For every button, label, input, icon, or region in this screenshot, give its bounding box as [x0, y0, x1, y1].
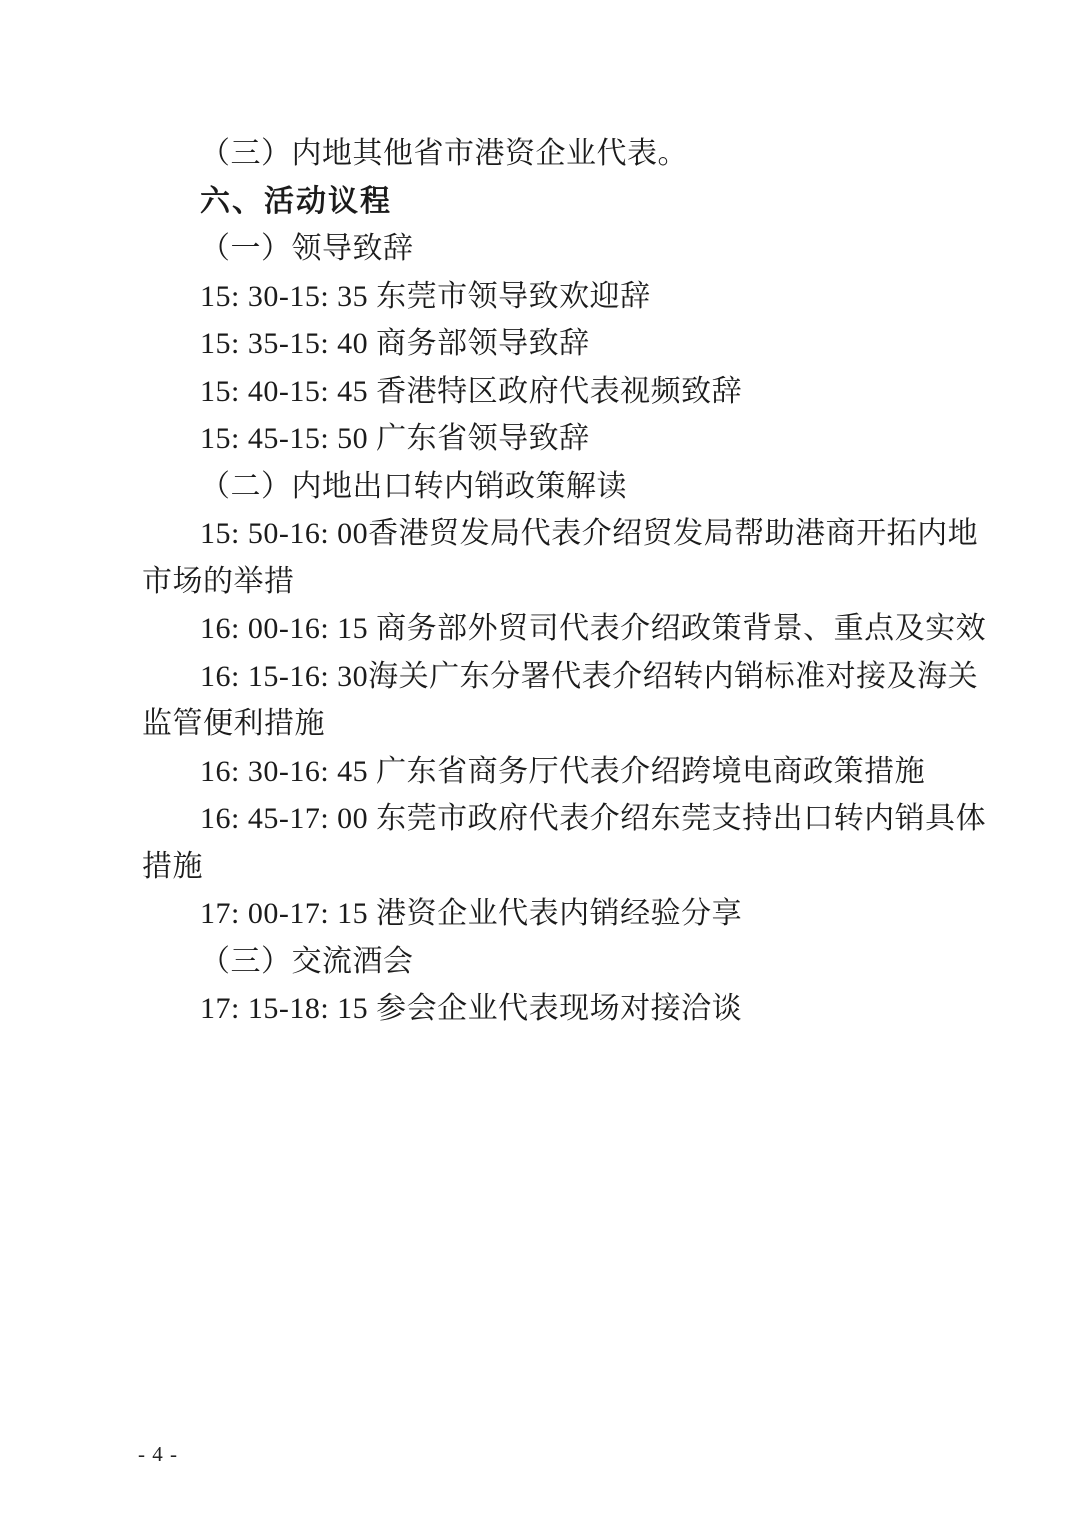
subheading-leader-speeches: （一）领导致辞 — [142, 225, 958, 273]
section-heading-agenda: 六、活动议程 — [142, 178, 958, 226]
agenda-item-foreign-trade-dept: 16: 00-16: 15 商务部外贸司代表介绍政策背景、重点及实效 — [142, 605, 958, 653]
agenda-item-customs-guangdong: 16: 15-16: 30海关广东分署代表介绍转内销标准对接及海关 — [142, 653, 958, 701]
document-page: （三）内地其他省市港资企业代表。 六、活动议程 （一）领导致辞 15: 30-1… — [0, 0, 1080, 1527]
agenda-item-mofcom-speech: 15: 35-15: 40 商务部领导致辞 — [142, 320, 958, 368]
continuation-line-hktdc-intro: 市场的举措 — [142, 558, 958, 606]
document-body: （三）内地其他省市港资企业代表。 六、活动议程 （一）领导致辞 15: 30-1… — [142, 130, 958, 1033]
agenda-item-hk-enterprise-sharing: 17: 00-17: 15 港资企业代表内销经验分享 — [142, 890, 958, 938]
agenda-item-guangdong-commerce-dept: 16: 30-16: 45 广东省商务厅代表介绍跨境电商政策措施 — [142, 748, 958, 796]
agenda-item-dongguan-gov-support: 16: 45-17: 00 东莞市政府代表介绍东莞支持出口转内销具体 — [142, 795, 958, 843]
agenda-item-onsite-matchmaking: 17: 15-18: 15 参会企业代表现场对接洽谈 — [142, 985, 958, 1033]
subheading-networking-reception: （三）交流酒会 — [142, 938, 958, 986]
paragraph-attendee-category-3: （三）内地其他省市港资企业代表。 — [142, 130, 958, 178]
agenda-item-dongguan-welcome: 15: 30-15: 35 东莞市领导致欢迎辞 — [142, 273, 958, 321]
agenda-item-hktdc-intro: 15: 50-16: 00香港贸发局代表介绍贸发局帮助港商开拓内地 — [142, 510, 958, 558]
continuation-line-customs-guangdong: 监管便利措施 — [142, 700, 958, 748]
subheading-policy-interpretation: （二）内地出口转内销政策解读 — [142, 463, 958, 511]
page-number: - 4 - — [138, 1442, 178, 1467]
continuation-line-dongguan-gov-support: 措施 — [142, 843, 958, 891]
agenda-item-hksar-video-speech: 15: 40-15: 45 香港特区政府代表视频致辞 — [142, 368, 958, 416]
agenda-item-guangdong-speech: 15: 45-15: 50 广东省领导致辞 — [142, 415, 958, 463]
